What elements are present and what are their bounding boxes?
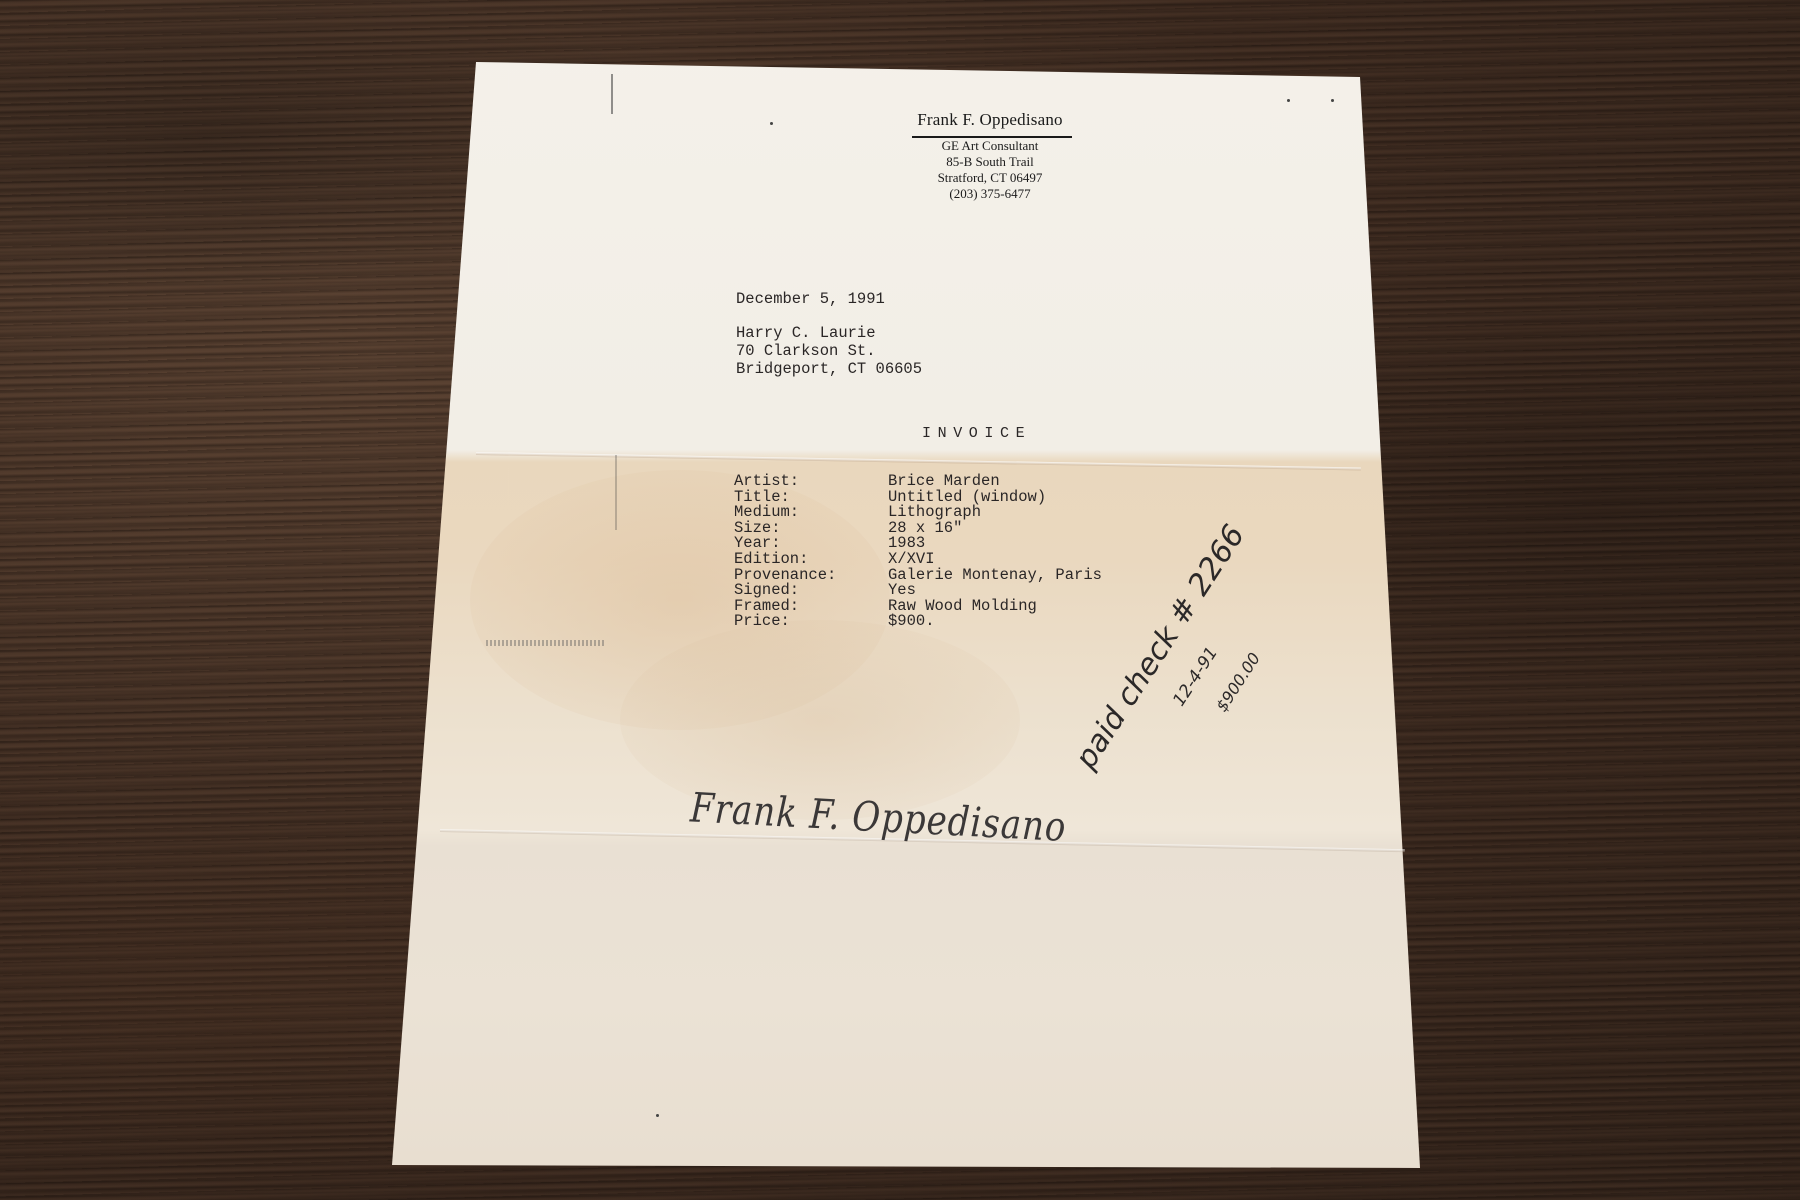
speck bbox=[1331, 99, 1334, 102]
letterhead-details: GE Art Consultant 85-B South Trail Strat… bbox=[880, 138, 1100, 202]
letterhead-street: 85-B South Trail bbox=[880, 154, 1100, 170]
recipient-address: Harry C. Laurie 70 Clarkson St. Bridgepo… bbox=[736, 324, 922, 378]
margin-mark bbox=[615, 455, 617, 530]
detail-label: Price: bbox=[734, 614, 888, 630]
speck bbox=[1287, 99, 1290, 102]
letterhead-city: Stratford, CT 06497 bbox=[880, 170, 1100, 186]
faint-typed-line bbox=[486, 640, 606, 646]
letterhead-phone: (203) 375-6477 bbox=[880, 186, 1100, 202]
letter-date: December 5, 1991 bbox=[736, 290, 885, 308]
detail-value: Galerie Montenay, Paris bbox=[888, 568, 1102, 584]
recipient-name: Harry C. Laurie bbox=[736, 324, 922, 342]
recipient-city: Bridgeport, CT 06605 bbox=[736, 360, 922, 378]
invoice-heading: INVOICE bbox=[922, 425, 1031, 442]
letterhead-name: Frank F. Oppedisano bbox=[890, 110, 1090, 130]
speck bbox=[770, 122, 773, 125]
recipient-street: 70 Clarkson St. bbox=[736, 342, 922, 360]
detail-row: Price:$900. bbox=[734, 614, 1102, 630]
margin-mark bbox=[611, 74, 613, 114]
speck bbox=[656, 1114, 659, 1117]
artwork-details-table: Artist:Brice Marden Title:Untitled (wind… bbox=[734, 474, 1102, 630]
letterhead-title: GE Art Consultant bbox=[880, 138, 1100, 154]
detail-value: $900. bbox=[888, 614, 935, 630]
